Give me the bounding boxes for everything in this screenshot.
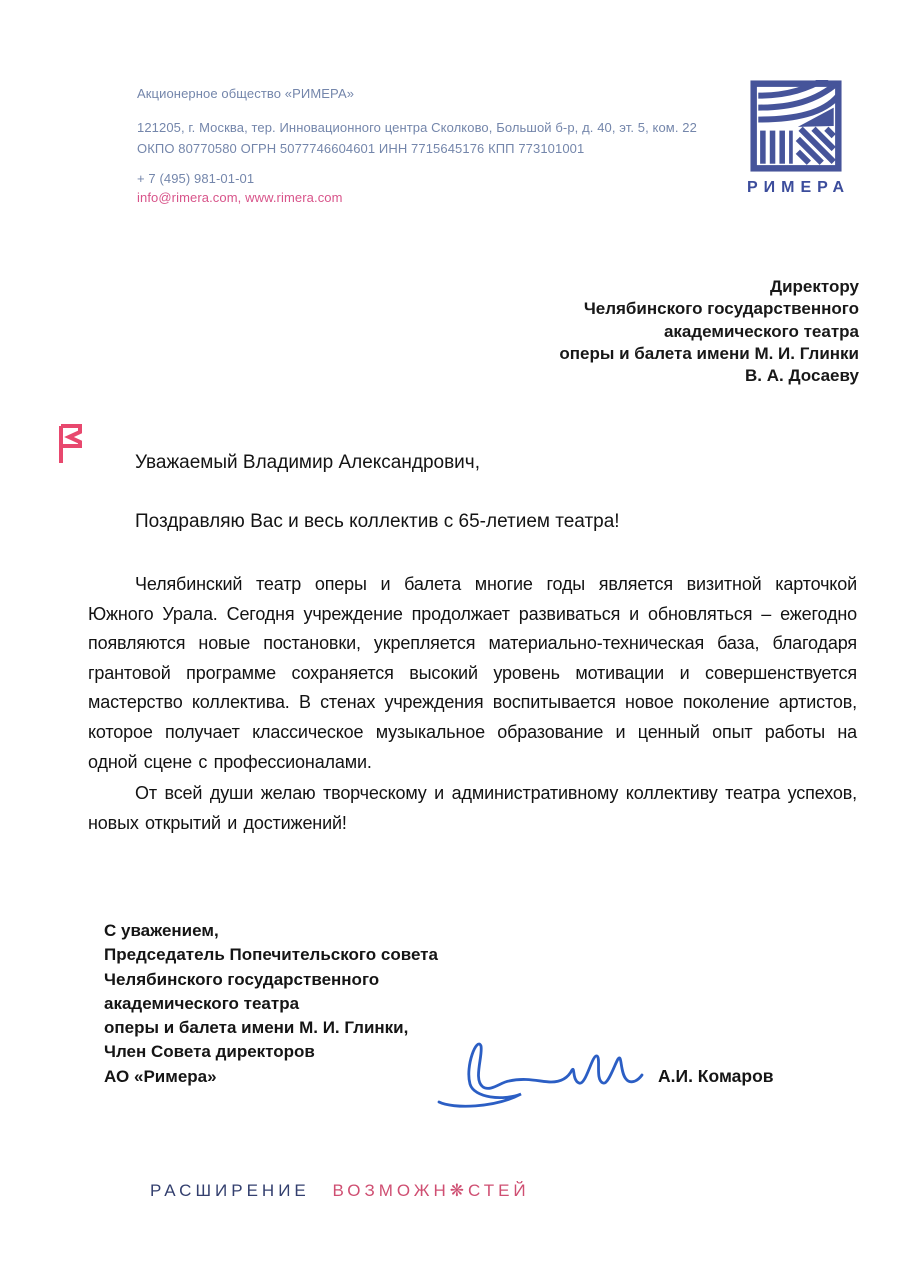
logo-brand-name: РИМЕРА — [747, 179, 857, 197]
company-email-web: info@rimera.com, www.rimera.com — [137, 190, 343, 205]
recipient-line: Челябинского государственного — [559, 298, 859, 320]
signatory-name: А.И. Комаров — [658, 1066, 774, 1087]
company-address: 121205, г. Москва, тер. Инновационного ц… — [137, 120, 697, 135]
congratulation-line: Поздравляю Вас и весь коллектив с 65-лет… — [135, 511, 620, 533]
signature-line: Член Совета директоров — [104, 1040, 438, 1064]
body-paragraph-1: Челябинский театр оперы и балета многие … — [88, 570, 857, 777]
handwritten-signature-icon — [433, 1022, 665, 1122]
rimera-logo: РИМЕРА — [747, 80, 857, 197]
letter-document: Акционерное общество «РИМЕРА» 121205, г.… — [0, 0, 900, 1272]
company-registration-numbers: ОКПО 80770580 ОГРН 5077746604601 ИНН 771… — [137, 141, 584, 156]
company-name: Акционерное общество «РИМЕРА» — [137, 86, 354, 101]
signature-line: академического театра — [104, 992, 438, 1016]
flag-icon — [56, 422, 83, 464]
signature-line: Челябинского государственного — [104, 968, 438, 992]
body-paragraph-2: От всей души желаю творческому и админис… — [88, 779, 857, 838]
signature-line: АО «Римера» — [104, 1065, 438, 1089]
recipient-line: академического театра — [559, 321, 859, 343]
recipient-line: оперы и балета имени М. И. Глинки — [559, 343, 859, 365]
signature-line: Председатель Попечительского совета — [104, 943, 438, 967]
recipient-block: Директору Челябинского государственного … — [559, 276, 859, 387]
slogan-word-right: ВОЗМОЖН❋СТЕЙ — [333, 1181, 530, 1200]
signature-line: оперы и балета имени М. И. Глинки, — [104, 1016, 438, 1040]
recipient-line: В. А. Досаеву — [559, 365, 859, 387]
recipient-line: Директору — [559, 276, 859, 298]
signature-line: С уважением, — [104, 919, 438, 943]
salutation: Уважаемый Владимир Александрович, — [135, 452, 480, 474]
rimera-logo-icon — [747, 80, 845, 172]
footer-slogan: РАСШИРЕНИЕ ВОЗМОЖН❋СТЕЙ — [150, 1181, 530, 1201]
signature-block: С уважением, Председатель Попечительског… — [104, 919, 438, 1089]
slogan-word-left: РАСШИРЕНИЕ — [150, 1181, 310, 1200]
company-phone: + 7 (495) 981-01-01 — [137, 171, 254, 186]
